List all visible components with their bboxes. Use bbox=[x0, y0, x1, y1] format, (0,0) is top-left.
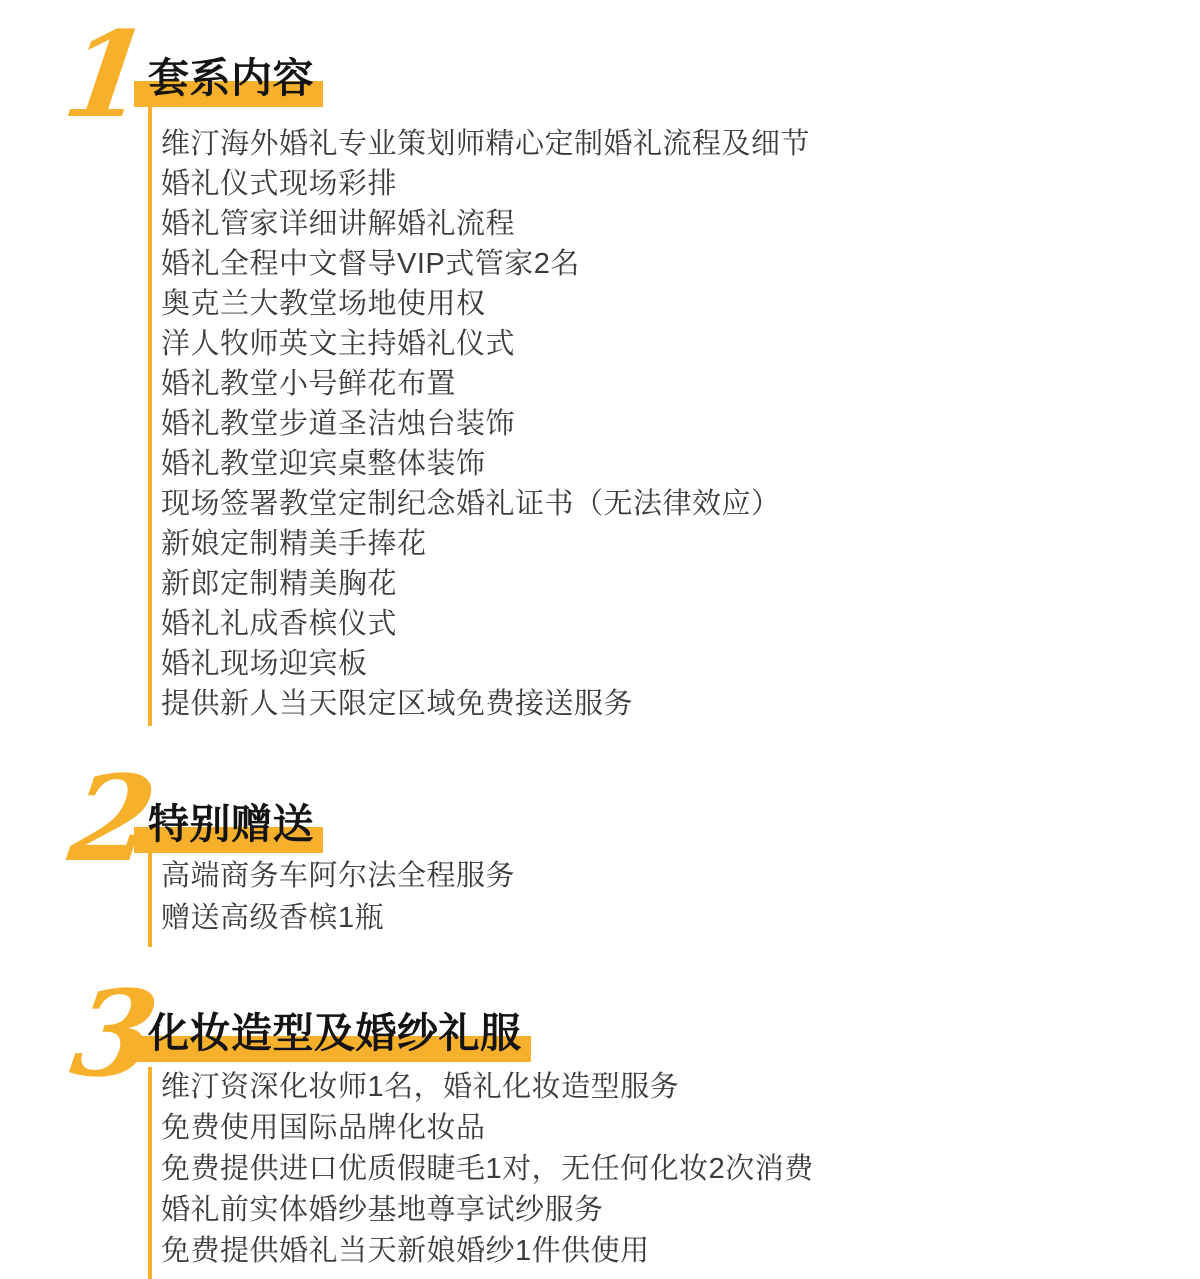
section-title-package-contents: 套系内容 bbox=[148, 56, 314, 100]
list-item: 奥克兰大教堂场地使用权 bbox=[161, 284, 810, 324]
section-rule-line bbox=[148, 852, 152, 947]
list-item: 维汀海外婚礼专业策划师精心定制婚礼流程及细节 bbox=[161, 124, 810, 164]
list-item: 免费使用国际品牌化妆品 bbox=[161, 1108, 814, 1149]
list-item: 赠送高级香槟1瓶 bbox=[161, 897, 515, 939]
list-item: 婚礼教堂小号鲜花布置 bbox=[161, 364, 810, 404]
list-item: 免费提供婚礼当天新娘婚纱1件供使用 bbox=[161, 1231, 814, 1272]
section-number-3: 3 bbox=[52, 975, 165, 1093]
list-item: 新娘定制精美手捧花 bbox=[161, 524, 810, 564]
list-item: 新郎定制精美胸花 bbox=[161, 564, 810, 604]
list-item: 婚礼全程中文督导VIP式管家2名 bbox=[161, 244, 810, 284]
makeup-item-list: 维汀资深化妆师1名，婚礼化妆造型服务免费使用国际品牌化妆品免费提供进口优质假睫毛… bbox=[161, 1067, 814, 1272]
section-title-makeup-and-dress: 化妆造型及婚纱礼服 bbox=[148, 1011, 522, 1055]
list-item: 婚礼礼成香槟仪式 bbox=[161, 604, 810, 644]
section-special-gifts: 2 特别赠送 高端商务车阿尔法全程服务赠送高级香槟1瓶 bbox=[0, 772, 1200, 975]
list-item: 婚礼前实体婚纱基地尊享试纱服务 bbox=[161, 1190, 814, 1231]
section-rule-line bbox=[148, 1067, 152, 1279]
list-item: 婚礼现场迎宾板 bbox=[161, 644, 810, 684]
section-title-special-gifts: 特别赠送 bbox=[148, 802, 314, 846]
list-item: 维汀资深化妆师1名，婚礼化妆造型服务 bbox=[161, 1067, 814, 1108]
list-item: 婚礼仪式现场彩排 bbox=[161, 164, 810, 204]
section-package-contents: 1 套系内容 维汀海外婚礼专业策划师精心定制婚礼流程及细节婚礼仪式现场彩排婚礼管… bbox=[0, 30, 1200, 772]
section-title-text: 特别赠送 bbox=[148, 801, 314, 847]
gifts-item-list: 高端商务车阿尔法全程服务赠送高级香槟1瓶 bbox=[161, 855, 515, 939]
list-item: 洋人牧师英文主持婚礼仪式 bbox=[161, 324, 810, 364]
list-item: 提供新人当天限定区域免费接送服务 bbox=[161, 684, 810, 724]
section-title-text: 化妆造型及婚纱礼服 bbox=[148, 1010, 522, 1056]
list-item: 婚礼教堂迎宾桌整体装饰 bbox=[161, 444, 810, 484]
wedding-package-page: 1 套系内容 维汀海外婚礼专业策划师精心定制婚礼流程及细节婚礼仪式现场彩排婚礼管… bbox=[0, 0, 1200, 1279]
list-item: 免费提供进口优质假睫毛1对，无任何化妆2次消费 bbox=[161, 1149, 814, 1190]
section-makeup-and-dress: 3 化妆造型及婚纱礼服 维汀资深化妆师1名，婚礼化妆造型服务免费使用国际品牌化妆… bbox=[0, 975, 1200, 1279]
list-item: 现场签署教堂定制纪念婚礼证书（无法律效应） bbox=[161, 484, 810, 524]
list-item: 高端商务车阿尔法全程服务 bbox=[161, 855, 515, 897]
list-item: 婚礼管家详细讲解婚礼流程 bbox=[161, 204, 810, 244]
package-item-list: 维汀海外婚礼专业策划师精心定制婚礼流程及细节婚礼仪式现场彩排婚礼管家详细讲解婚礼… bbox=[161, 124, 810, 724]
section-number-2: 2 bbox=[50, 760, 163, 878]
section-rule-line bbox=[148, 106, 152, 726]
section-title-text: 套系内容 bbox=[148, 55, 314, 101]
list-item: 婚礼教堂步道圣洁烛台装饰 bbox=[161, 404, 810, 444]
section-number-1: 1 bbox=[44, 16, 157, 134]
